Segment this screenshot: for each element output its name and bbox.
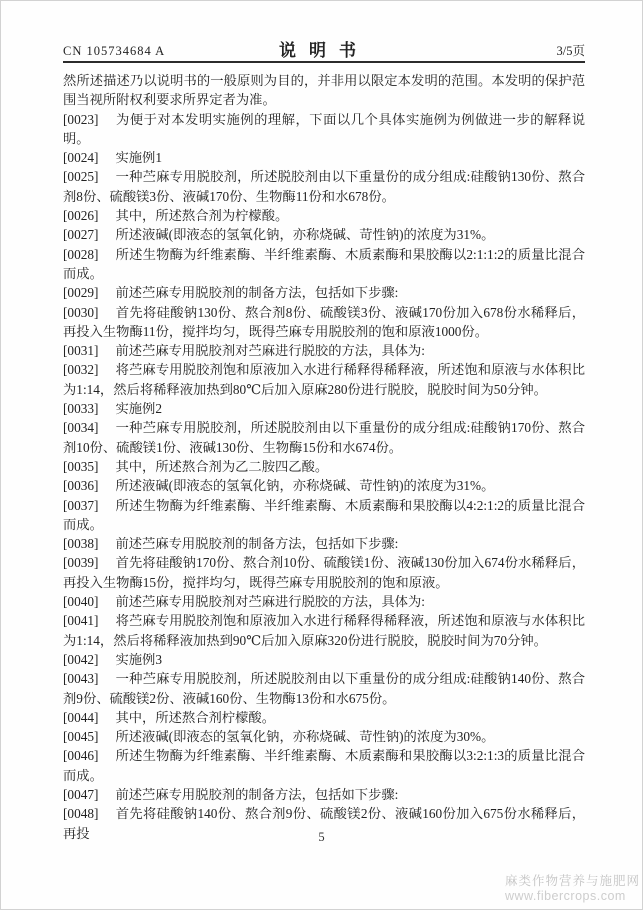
page-header: CN 105734684 A 说明书 3/5页 (63, 39, 585, 61)
paragraph-text: 所述液碱(即液态的氢氧化钠，亦称烧碱、苛性钠)的浓度为31%。 (115, 478, 494, 493)
paragraph-number: [0029] (63, 285, 115, 300)
paragraph-text: 其中，所述熬合剂为柠檬酸。 (115, 208, 288, 223)
paragraph-number: [0024] (63, 150, 115, 165)
paragraph-number: [0042] (63, 652, 115, 667)
paragraph-number: [0043] (63, 671, 115, 686)
paragraph-text: 为便于对本发明实施例的理解，下面以几个具体实施例为例做进一步的解释说明。 (63, 112, 585, 146)
watermark-site-name: 麻类作物营养与施肥网 (505, 874, 640, 889)
paragraph-text: 所述生物酶为纤维素酶、半纤维素酶、木质素酶和果胶酶以4:2:1:2的质量比混合而… (63, 498, 585, 532)
document-number: CN 105734684 A (63, 44, 165, 59)
paragraph-number: [0041] (63, 613, 115, 628)
paragraph: [0028]所述生物酶为纤维素酶、半纤维素酶、木质素酶和果胶酶以2:1:1:2的… (63, 245, 585, 284)
page-number: 5 (1, 830, 642, 845)
paragraph: [0030]首先将硅酸钠130份、熬合剂8份、硫酸镁3份、液碱170份加入678… (63, 303, 585, 342)
paragraph-text: 所述生物酶为纤维素酶、半纤维素酶、木质素酶和果胶酶以2:1:1:2的质量比混合而… (63, 247, 585, 281)
paragraph-number: [0048] (63, 806, 115, 821)
paragraph-text: 前述苎麻专用脱胶剂的制备方法，包括如下步骤: (115, 536, 398, 551)
paragraph: [0033]实施例2 (63, 399, 585, 418)
paragraph-text: 实施例1 (115, 150, 162, 165)
paragraph: [0038]前述苎麻专用脱胶剂的制备方法，包括如下步骤: (63, 534, 585, 553)
paragraph-number: [0038] (63, 536, 115, 551)
document-title: 说明书 (279, 36, 369, 61)
paragraph: [0023]为便于对本发明实施例的理解，下面以几个具体实施例为例做进一步的解释说… (63, 110, 585, 149)
paragraph-number: [0023] (63, 112, 115, 127)
paragraph-text: 前述苎麻专用脱胶剂对苎麻进行脱胶的方法，具体为: (115, 343, 425, 358)
document-body: 然所述描述乃以说明书的一般原则为目的，并非用以限定本发明的范围。本发明的保护范围… (63, 71, 585, 843)
patent-document-page: CN 105734684 A 说明书 3/5页 然所述描述乃以说明书的一般原则为… (0, 0, 643, 910)
paragraph-number: [0025] (63, 169, 115, 184)
paragraph: [0024]实施例1 (63, 148, 585, 167)
page-indicator: 3/5页 (557, 41, 585, 59)
paragraph-text: 首先将硅酸钠130份、熬合剂8份、硫酸镁3份、液碱170份加入678份水稀释后，… (63, 305, 585, 339)
paragraph-number: [0028] (63, 247, 115, 262)
paragraph: [0044]其中，所述熬合剂柠檬酸。 (63, 708, 585, 727)
paragraph-number: [0026] (63, 208, 115, 223)
paragraph: [0037]所述生物酶为纤维素酶、半纤维素酶、木质素酶和果胶酶以4:2:1:2的… (63, 496, 585, 535)
paragraph-number: [0035] (63, 459, 115, 474)
paragraph-text: 首先将硅酸钠170份、熬合剂10份、硫酸镁1份、液碱130份加入674份水稀释后… (63, 555, 585, 589)
paragraph: [0029]前述苎麻专用脱胶剂的制备方法，包括如下步骤: (63, 283, 585, 302)
paragraph-text: 将苎麻专用脱胶剂饱和原液加入水进行稀释得稀释液，所述饱和原液与水体积比为1:14… (63, 613, 585, 647)
paragraph: [0041]将苎麻专用脱胶剂饱和原液加入水进行稀释得稀释液，所述饱和原液与水体积… (63, 611, 585, 650)
paragraph-text: 将苎麻专用脱胶剂饱和原液加入水进行稀释得稀释液，所述饱和原液与水体积比为1:14… (63, 362, 585, 396)
paragraph: 然所述描述乃以说明书的一般原则为目的，并非用以限定本发明的范围。本发明的保护范围… (63, 71, 585, 110)
paragraph: [0025]一种苎麻专用脱胶剂，所述脱胶剂由以下重量份的成分组成:硅酸钠130份… (63, 167, 585, 206)
paragraph: [0027]所述液碱(即液态的氢氧化钠，亦称烧碱、苛性钠)的浓度为31%。 (63, 225, 585, 244)
paragraph: [0031]前述苎麻专用脱胶剂对苎麻进行脱胶的方法，具体为: (63, 341, 585, 360)
paragraph-number: [0033] (63, 401, 115, 416)
paragraph-number: [0030] (63, 305, 115, 320)
paragraph-number: [0037] (63, 498, 115, 513)
paragraph-number: [0032] (63, 362, 115, 377)
paragraph-number: [0031] (63, 343, 115, 358)
paragraph: [0034]一种苎麻专用脱胶剂，所述脱胶剂由以下重量份的成分组成:硅酸钠170份… (63, 418, 585, 457)
paragraph-text: 实施例2 (115, 401, 162, 416)
paragraph: [0045]所述液碱(即液态的氢氧化钠，亦称烧碱、苛性钠)的浓度为30%。 (63, 727, 585, 746)
watermark: 麻类作物营养与施肥网 www.fibercrops.com (505, 874, 640, 904)
paragraph: [0042]实施例3 (63, 650, 585, 669)
paragraph-number: [0039] (63, 555, 115, 570)
paragraph-number: [0027] (63, 227, 115, 242)
paragraph-number: [0036] (63, 478, 115, 493)
paragraph-text: 一种苎麻专用脱胶剂，所述脱胶剂由以下重量份的成分组成:硅酸钠130份、熬合剂8份… (63, 169, 585, 203)
paragraph: [0026]其中，所述熬合剂为柠檬酸。 (63, 206, 585, 225)
paragraph-text: 其中，所述熬合剂柠檬酸。 (115, 710, 275, 725)
paragraph-text: 前述苎麻专用脱胶剂的制备方法，包括如下步骤: (115, 787, 398, 802)
header-rule (63, 61, 585, 63)
paragraph: [0039]首先将硅酸钠170份、熬合剂10份、硫酸镁1份、液碱130份加入67… (63, 553, 585, 592)
paragraph: [0040]前述苎麻专用脱胶剂对苎麻进行脱胶的方法，具体为: (63, 592, 585, 611)
paragraph-text: 一种苎麻专用脱胶剂，所述脱胶剂由以下重量份的成分组成:硅酸钠140份、熬合剂9份… (63, 671, 585, 705)
paragraph: [0035]其中，所述熬合剂为乙二胺四乙酸。 (63, 457, 585, 476)
paragraph-number: [0045] (63, 729, 115, 744)
paragraph-number: [0044] (63, 710, 115, 725)
paragraph-text: 前述苎麻专用脱胶剂的制备方法，包括如下步骤: (115, 285, 398, 300)
paragraph-text: 实施例3 (115, 652, 162, 667)
paragraph-number: [0034] (63, 420, 115, 435)
paragraph: [0043]一种苎麻专用脱胶剂，所述脱胶剂由以下重量份的成分组成:硅酸钠140份… (63, 669, 585, 708)
paragraph-text: 所述液碱(即液态的氢氧化钠，亦称烧碱、苛性钠)的浓度为31%。 (115, 227, 494, 242)
paragraph: [0032]将苎麻专用脱胶剂饱和原液加入水进行稀释得稀释液，所述饱和原液与水体积… (63, 360, 585, 399)
paragraph-text: 所述生物酶为纤维素酶、半纤维素酶、木质素酶和果胶酶以3:2:1:3的质量比混合而… (63, 748, 585, 782)
paragraph: [0046]所述生物酶为纤维素酶、半纤维素酶、木质素酶和果胶酶以3:2:1:3的… (63, 746, 585, 785)
paragraph-number: [0046] (63, 748, 115, 763)
paragraph: [0047]前述苎麻专用脱胶剂的制备方法，包括如下步骤: (63, 785, 585, 804)
paragraph-text: 一种苎麻专用脱胶剂，所述脱胶剂由以下重量份的成分组成:硅酸钠170份、熬合剂10… (63, 420, 585, 454)
paragraph-text: 前述苎麻专用脱胶剂对苎麻进行脱胶的方法，具体为: (115, 594, 425, 609)
paragraph-number: [0047] (63, 787, 115, 802)
paragraph-text: 所述液碱(即液态的氢氧化钠，亦称烧碱、苛性钠)的浓度为30%。 (115, 729, 494, 744)
paragraph-number: [0040] (63, 594, 115, 609)
paragraph-text: 然所述描述乃以说明书的一般原则为目的，并非用以限定本发明的范围。本发明的保护范围… (63, 73, 585, 107)
paragraph: [0036]所述液碱(即液态的氢氧化钠，亦称烧碱、苛性钠)的浓度为31%。 (63, 476, 585, 495)
paragraph-text: 其中，所述熬合剂为乙二胺四乙酸。 (115, 459, 328, 474)
watermark-site-url: www.fibercrops.com (505, 889, 640, 904)
